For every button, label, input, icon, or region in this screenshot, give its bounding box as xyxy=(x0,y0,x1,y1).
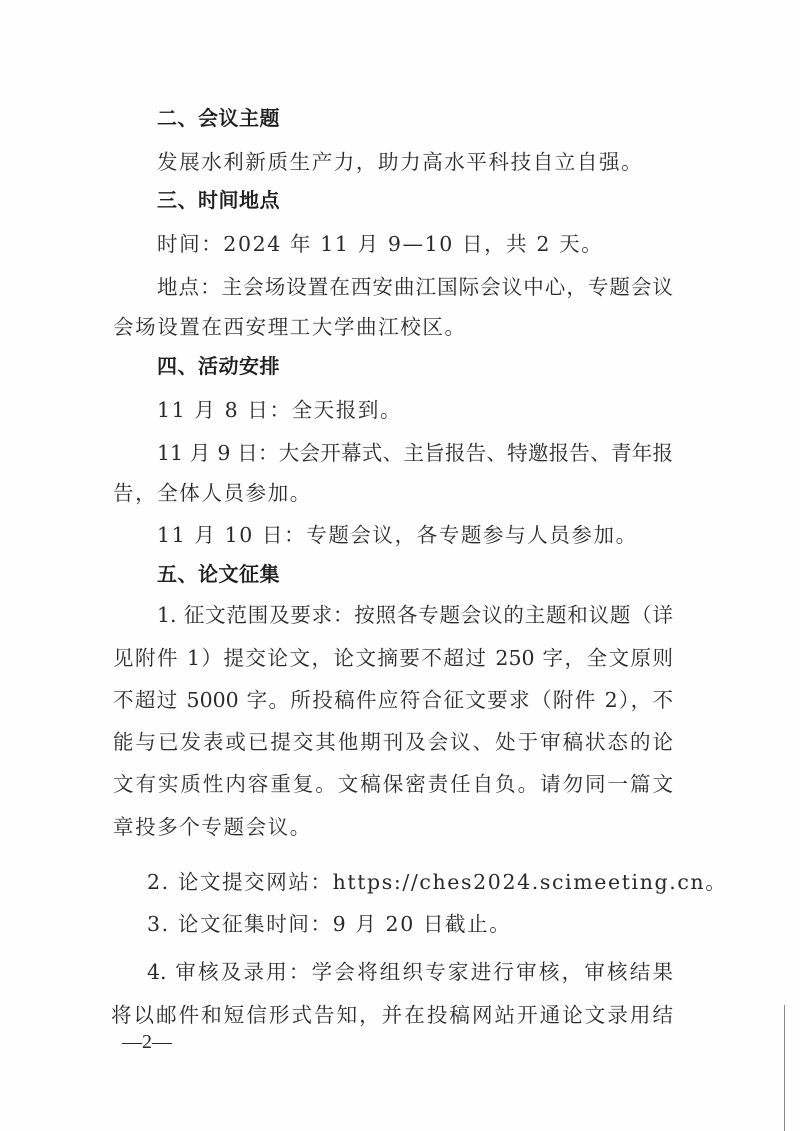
section-heading-theme: 二、会议主题 xyxy=(157,106,673,130)
paragraph-place-line2: 会场设置在西安理工大学曲江校区。 xyxy=(113,315,673,339)
papers-item1-line3: 不超过 5000 字。所投稿件应符合征文要求（附件 2），不 xyxy=(113,688,673,712)
page-number: —2— xyxy=(122,1031,172,1054)
papers-item1-line6: 章投多个专题会议。 xyxy=(113,815,673,839)
schedule-nov9-line1: 11 月 9 日：大会开幕式、主旨报告、特邀报告、青年报 xyxy=(157,441,673,465)
papers-item1-line5: 文有实质性内容重复。文稿保密责任自负。请勿同一篇文 xyxy=(113,772,673,796)
paragraph-time: 时间：2024 年 11 月 9—10 日，共 2 天。 xyxy=(157,232,673,256)
schedule-nov8: 11 月 8 日：全天报到。 xyxy=(157,398,673,422)
papers-item2-submission-site: 2. 论文提交网站：https://ches2024.scimeeting.cn… xyxy=(147,870,663,894)
document-page: 二、会议主题 发展水利新质生产力，助力高水平科技自立自强。 三、时间地点 时间：… xyxy=(0,0,800,1131)
section-heading-schedule: 四、活动安排 xyxy=(157,354,673,378)
papers-item4-line1: 4. 审核及录用：学会将组织专家进行审核，审核结果 xyxy=(147,960,673,984)
schedule-nov10: 11 月 10 日：专题会议，各专题参与人员参加。 xyxy=(157,523,673,547)
paragraph-place-line1: 地点：主会场设置在西安曲江国际会议中心，专题会议 xyxy=(157,275,673,299)
scan-artifact-line xyxy=(784,1005,785,1131)
papers-item4-line2: 将以邮件和短信形式告知，并在投稿网站开通论文录用结 xyxy=(111,1003,673,1027)
papers-item1-line2: 见附件 1）提交论文，论文摘要不超过 250 字，全文原则 xyxy=(113,646,673,670)
section-heading-time-place: 三、时间地点 xyxy=(157,188,673,212)
schedule-nov9-line2: 告，全体人员参加。 xyxy=(113,481,673,505)
paragraph-theme: 发展水利新质生产力，助力高水平科技自立自强。 xyxy=(157,150,673,174)
section-heading-papers: 五、论文征集 xyxy=(157,562,673,586)
papers-item1-line1: 1. 征文范围及要求：按照各专题会议的主题和议题（详 xyxy=(157,603,673,627)
papers-item3-deadline: 3. 论文征集时间：9 月 20 日截止。 xyxy=(147,912,663,936)
papers-item1-line4: 能与已发表或已提交其他期刊及会议、处于审稿状态的论 xyxy=(113,730,673,754)
